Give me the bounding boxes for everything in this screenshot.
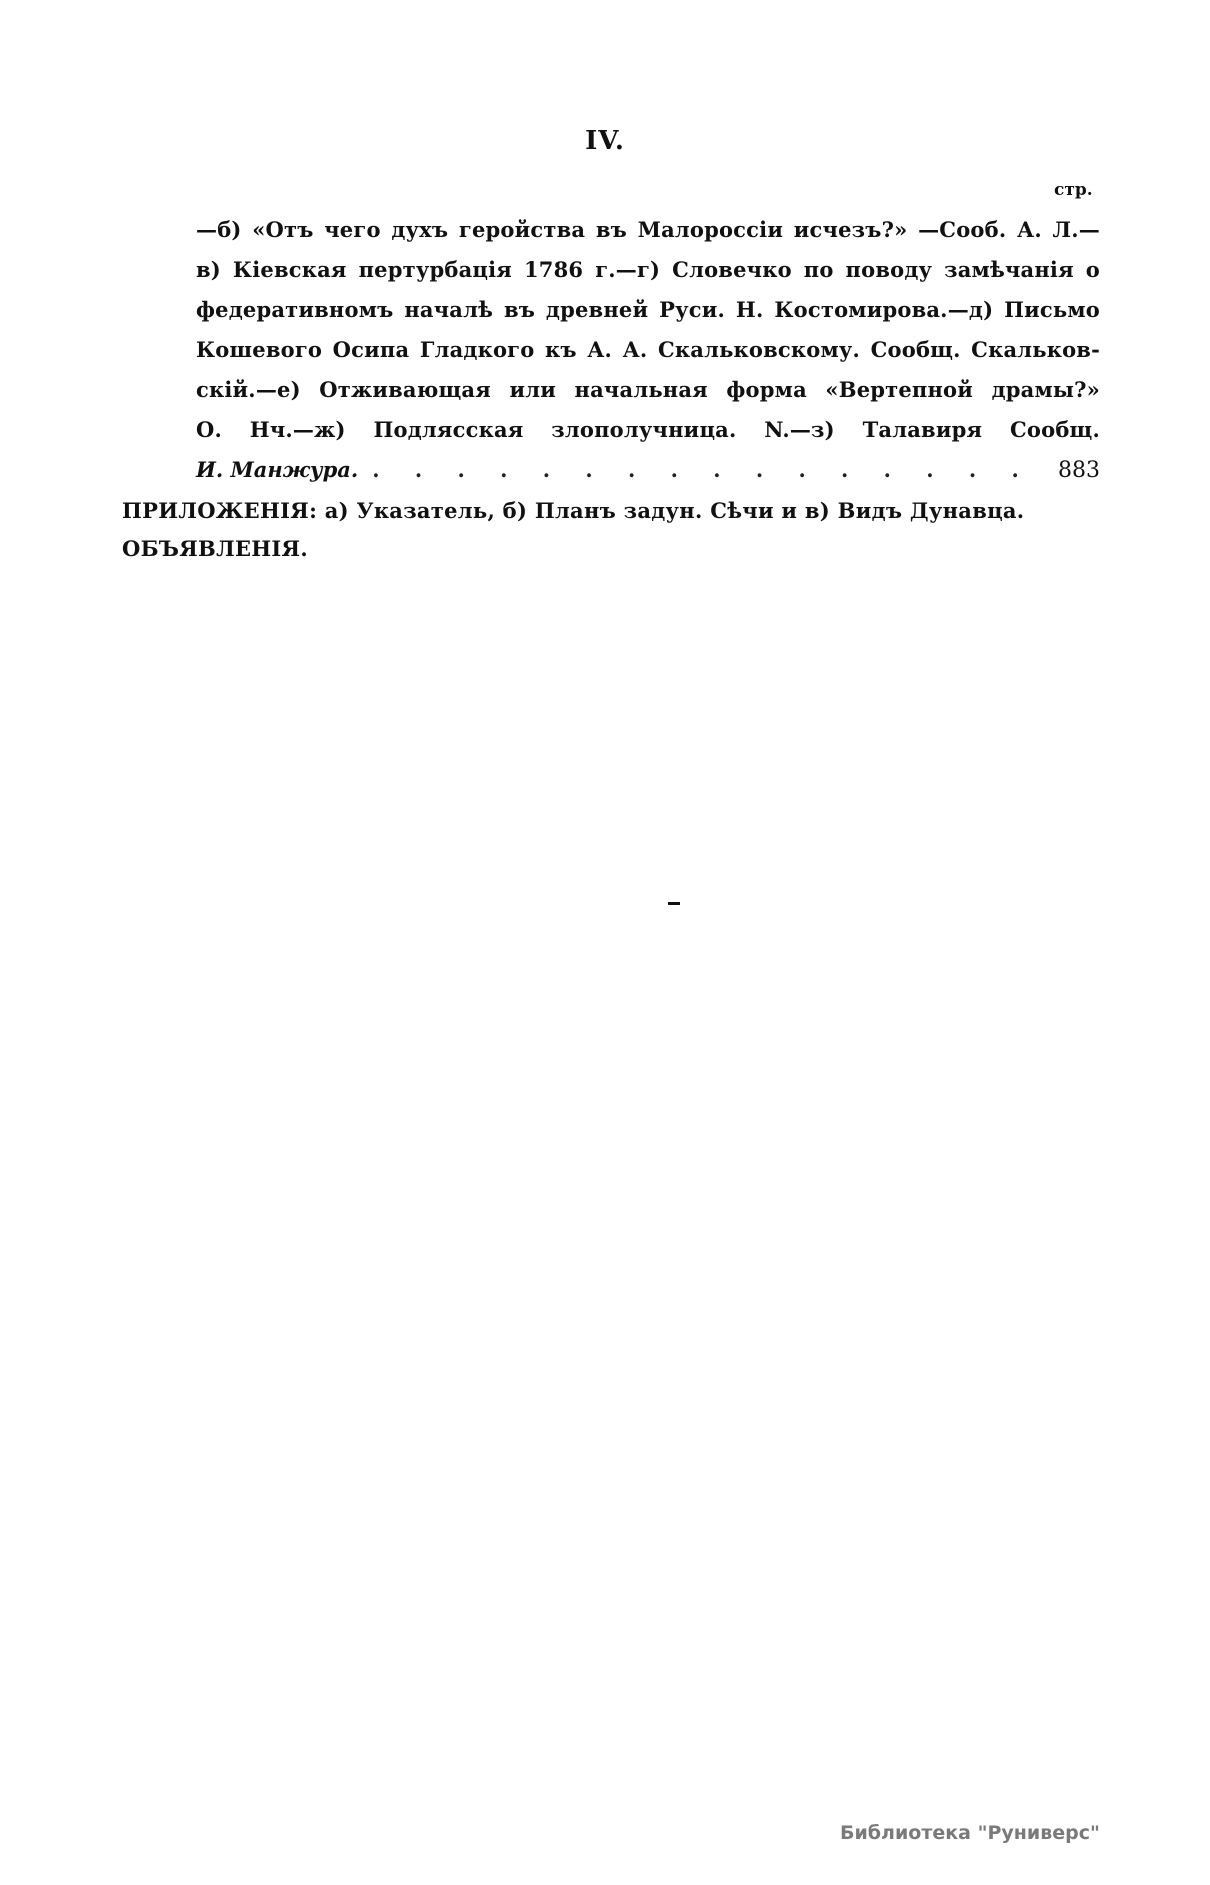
scan-artifact-mark xyxy=(668,902,680,905)
toc-entry-with-page: И. Манжура. . . . . . . . . . . . . . . … xyxy=(196,450,1100,490)
toc-line: скій.—е) Отживающая или начальная форма … xyxy=(196,370,1100,410)
toc-page-number: 883 xyxy=(1052,451,1100,491)
announcements-line: ОБЪЯВЛЕНІЯ. xyxy=(122,530,1022,568)
toc-line: федеративномъ началѣ въ древней Руси. Н.… xyxy=(196,290,1100,330)
toc-line: О. Нч.—ж) Подлясская злополучница. N.—з)… xyxy=(196,410,1100,450)
applications-line: ПРИЛОЖЕНІЯ: а) Указатель, б) Планъ задун… xyxy=(122,492,1022,530)
toc-author: И. Манжура. xyxy=(196,450,358,490)
toc-line: —б) «Отъ чего духъ геройства въ Малоросс… xyxy=(196,210,1100,250)
toc-line: в) Кіевская пертурбація 1786 г.—г) Слове… xyxy=(196,250,1100,290)
toc-line: Кошевого Осипа Гладкого къ А. А. Скалько… xyxy=(196,330,1100,370)
page-number: IV. xyxy=(0,126,1210,156)
library-watermark: Библиотека "Руниверс" xyxy=(840,1822,1100,1844)
table-of-contents: —б) «Отъ чего духъ геройства въ Малоросс… xyxy=(196,210,1100,490)
page-column-label: стр. xyxy=(1054,180,1093,200)
appendix-section: ПРИЛОЖЕНІЯ: а) Указатель, б) Планъ задун… xyxy=(122,492,1022,568)
dot-leader: . . . . . . . . . . . . . . . . . . . . … xyxy=(358,450,1052,490)
